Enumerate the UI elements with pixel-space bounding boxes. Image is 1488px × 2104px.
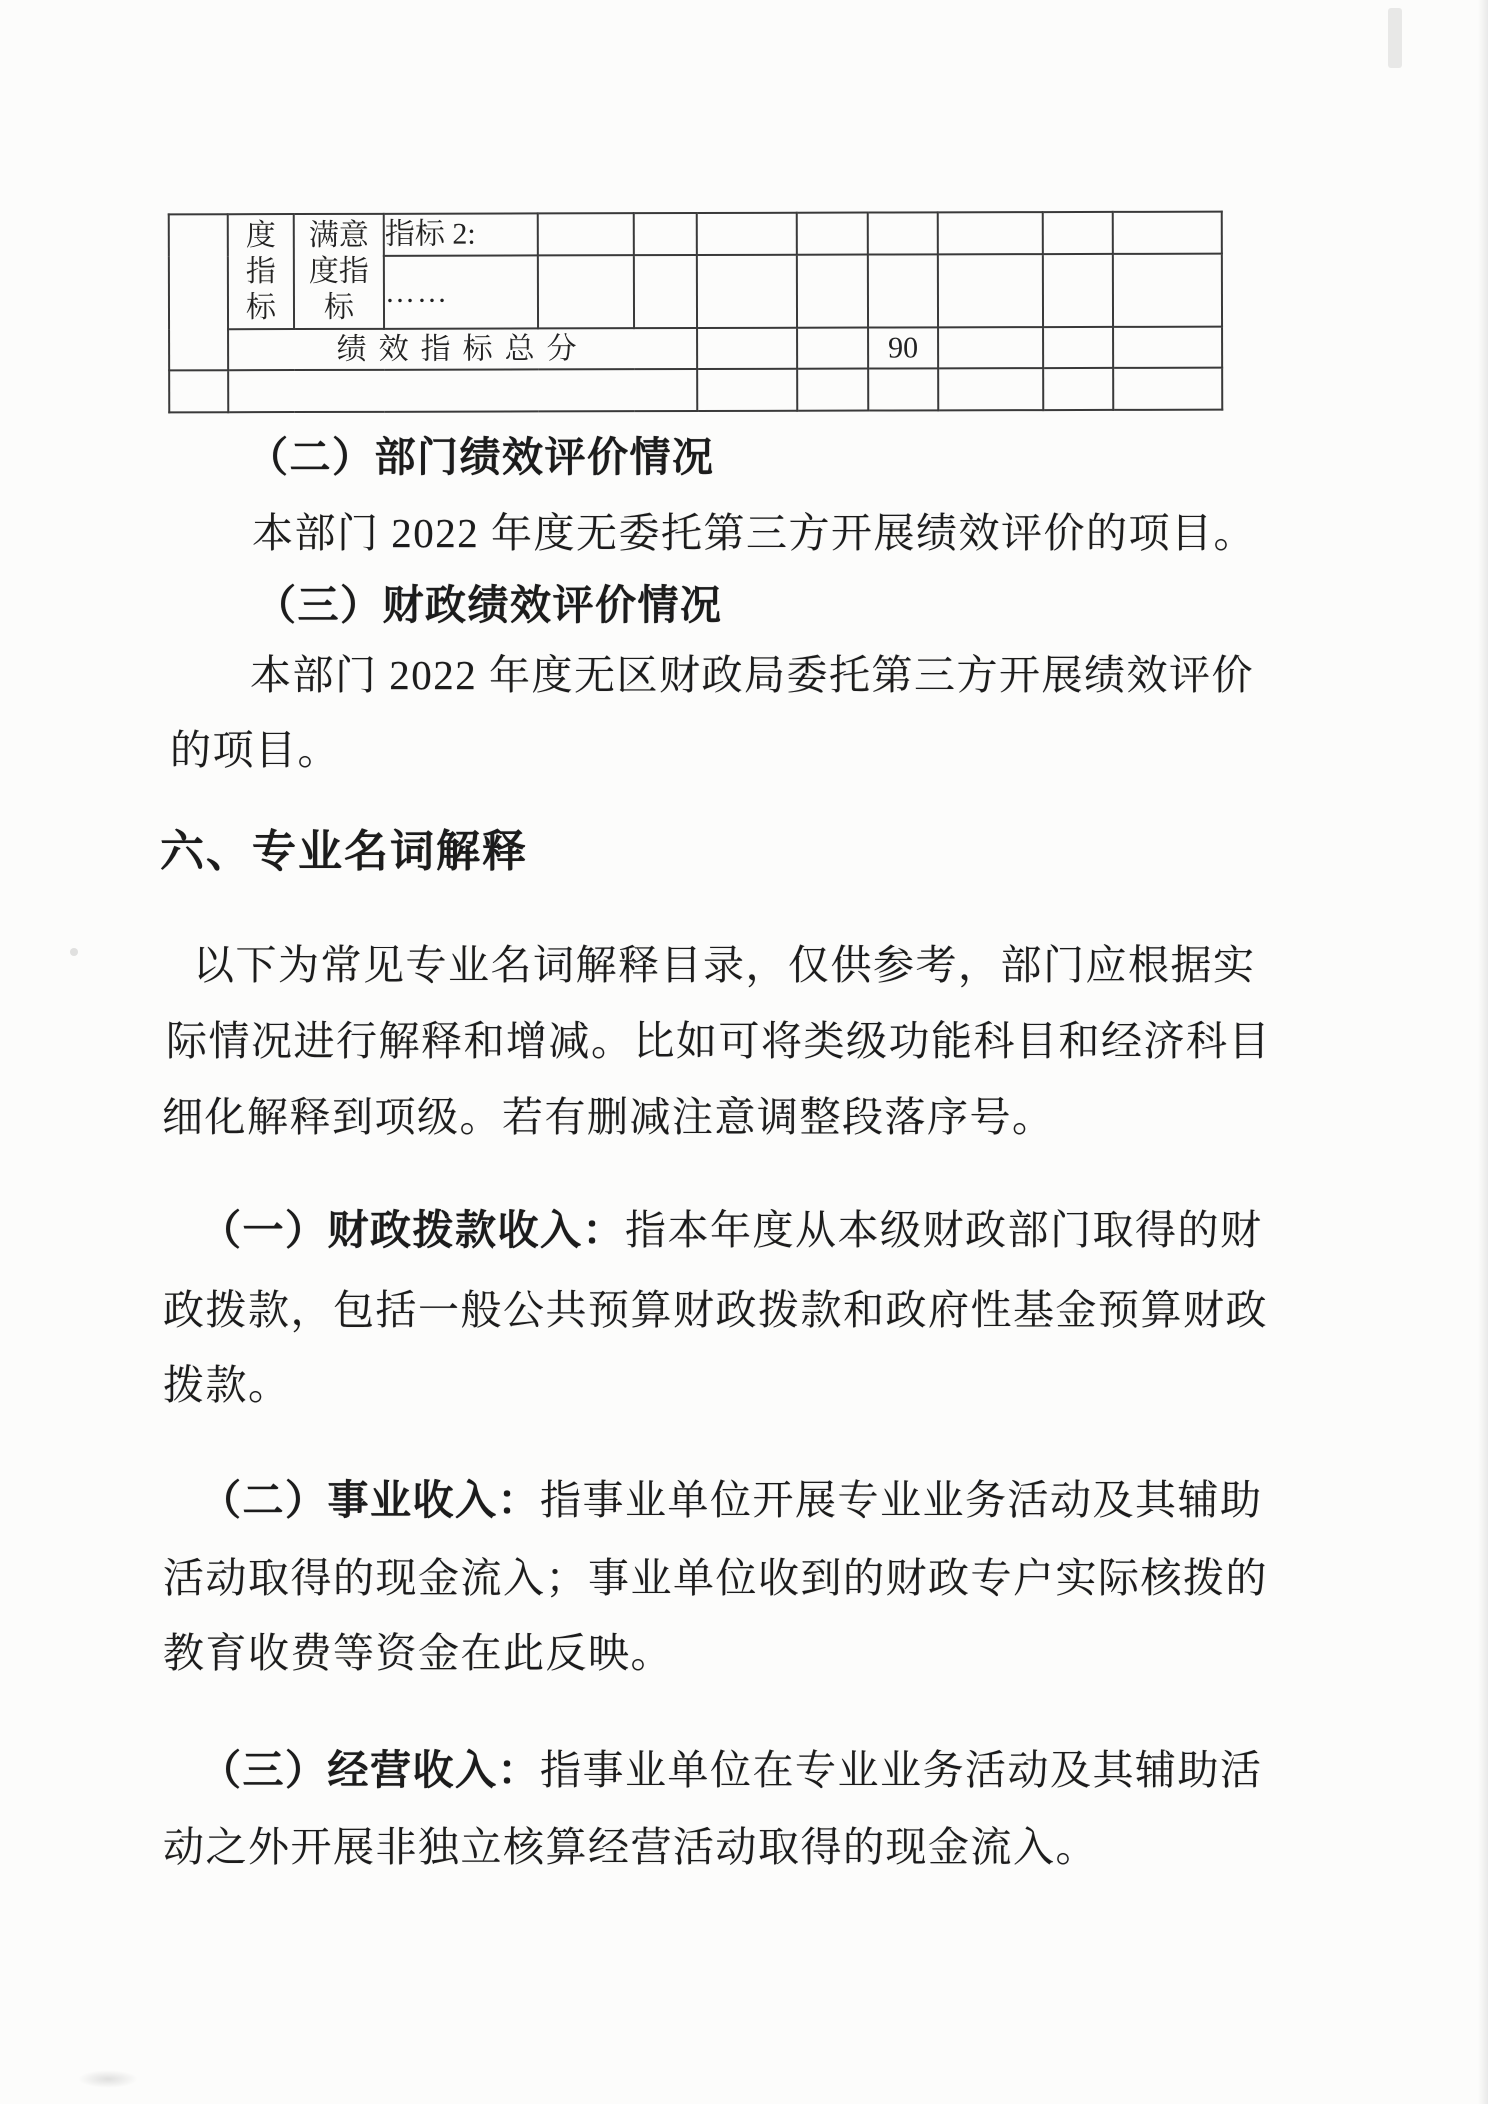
table-cell-empty — [697, 369, 797, 411]
table-cell-empty — [938, 254, 1043, 327]
table-cell-satisfaction-indicator: 满意度指标 — [294, 214, 384, 329]
heading-fiscal-performance-eval: （三）财政绩效评价情况 — [255, 575, 723, 635]
table-cell-empty — [634, 213, 697, 255]
table-cell-empty — [938, 368, 1043, 410]
heading-terms-glossary: 六、专业名词解释 — [160, 822, 528, 882]
heading-dept-performance-eval: （二）部门绩效评价情况 — [247, 427, 715, 487]
table-cell-empty — [938, 212, 1043, 254]
table-cell-empty — [697, 328, 797, 369]
performance-indicator-table: 度指标 满意度指标 指标 2: …… — [168, 211, 1224, 414]
term3-line2: 动之外开展非独立核算经营活动取得的现金流入。 — [163, 1817, 1098, 1877]
table-cell-empty — [1113, 327, 1222, 368]
term2-line1: （二）事业收入：指事业单位开展专业业务活动及其辅助 — [200, 1470, 1263, 1530]
table-cell-empty — [697, 255, 797, 328]
glossary-intro-line1: 以下为常见专业名词解释目录，仅供参考，部门应根据实 — [193, 935, 1256, 995]
paragraph-dept-performance-eval: 本部门 2022 年度无委托第三方开展绩效评价的项目。 — [252, 503, 1256, 563]
table-cell-empty — [1043, 212, 1113, 254]
table-cell-empty — [1113, 368, 1222, 410]
term1-line2: 政拨款，包括一般公共预算财政拨款和政府性基金预算财政 — [163, 1280, 1268, 1340]
term1-line1: （一）财政拨款收入：指本年度从本级财政部门取得的财 — [200, 1200, 1263, 1260]
paragraph-fiscal-eval-line1: 本部门 2022 年度无区财政局委托第三方开展绩效评价 — [250, 645, 1254, 705]
scan-corner-mark — [1388, 8, 1402, 68]
term3-line1: （三）经营收入：指事业单位在专业业务活动及其辅助活 — [200, 1740, 1263, 1800]
glossary-intro-line3: 细化解释到项级。若有删减注意调整段落序号。 — [162, 1087, 1055, 1147]
table-cell-empty — [797, 213, 868, 255]
table-cell-empty — [697, 213, 797, 255]
table-cell-empty — [868, 368, 938, 410]
table-cell-empty — [538, 255, 634, 328]
table-cell-left-margin — [169, 370, 228, 412]
term3-title: （三）经营收入： — [200, 1747, 540, 1793]
table-cell-empty — [1043, 368, 1113, 410]
table-cell-empty — [868, 254, 938, 327]
term1-definition-start: 指本年度从本级财政部门取得的财 — [625, 1207, 1263, 1253]
table-cell-empty — [797, 369, 868, 411]
table-cell-empty — [1113, 254, 1222, 327]
table-cell-empty — [797, 328, 868, 369]
scan-speck — [70, 948, 78, 956]
term3-definition-start: 指事业单位在专业业务活动及其辅助活 — [540, 1747, 1263, 1793]
table-cell-total-score: 90 — [868, 327, 938, 368]
table-cell-left-margin — [169, 214, 228, 370]
glossary-intro-line2: 际情况进行解释和增减。比如可将类级功能科目和经济科目 — [166, 1011, 1271, 1071]
table-cell-ellipsis: …… — [384, 255, 538, 328]
table-cell-empty — [868, 212, 938, 254]
table-cell-empty — [1113, 212, 1222, 254]
scanned-document-page: 度指标 满意度指标 指标 2: …… — [0, 0, 1488, 2104]
table-cell-empty — [1043, 254, 1113, 327]
table-cell-empty — [797, 255, 868, 328]
term1-line3: 拨款。 — [163, 1355, 291, 1415]
table-cell-degree-indicator: 度指标 — [228, 214, 294, 329]
table-cell-total-label: 绩效指标总分 — [228, 328, 697, 370]
term2-line2: 活动取得的现金流入；事业单位收到的财政专户实际核拨的 — [163, 1548, 1268, 1608]
table-cell-empty — [228, 369, 697, 412]
scan-smudge — [78, 2070, 138, 2088]
table-cell-indicator2: 指标 2: — [384, 213, 538, 255]
paragraph-fiscal-eval-line2: 的项目。 — [170, 720, 340, 780]
term2-line3: 教育收费等资金在此反映。 — [163, 1623, 673, 1683]
term1-title: （一）财政拨款收入： — [200, 1207, 625, 1253]
table-cell-empty — [538, 213, 634, 255]
table-cell-empty — [938, 327, 1043, 368]
table-cell-empty — [634, 255, 697, 328]
term2-title: （二）事业收入： — [200, 1477, 540, 1523]
scan-edge-shading — [1478, 0, 1488, 2104]
table-cell-empty — [1043, 327, 1113, 368]
term2-definition-start: 指事业单位开展专业业务活动及其辅助 — [540, 1477, 1263, 1523]
